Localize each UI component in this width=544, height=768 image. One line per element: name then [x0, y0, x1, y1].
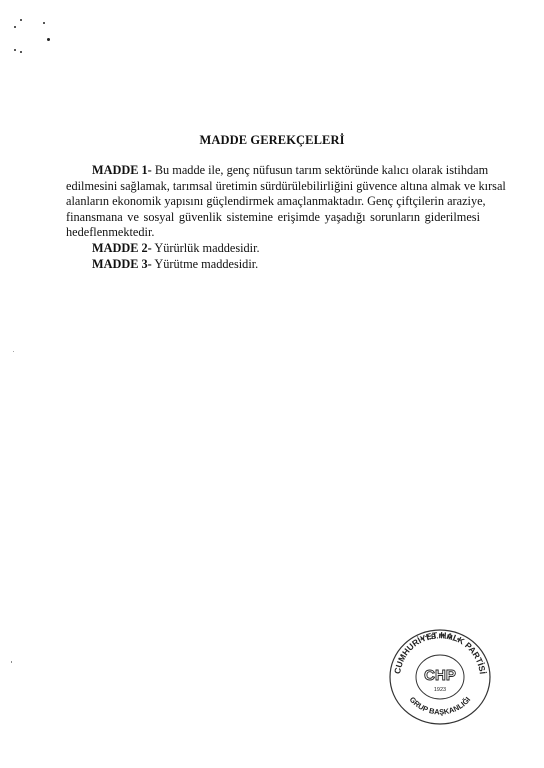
- document-page: MADDE GEREKÇELERİ MADDE 1- Bu madde ile,…: [0, 0, 544, 768]
- svg-text:GRUP BAŞKANLIĞI: GRUP BAŞKANLIĞI: [408, 695, 473, 717]
- seal-bottom-text: GRUP BAŞKANLIĞI: [408, 695, 473, 717]
- article-1-line: alanların ekonomik yapısını güçlendirmek…: [66, 194, 480, 210]
- article-1-line: hedeflenmektedir.: [66, 225, 480, 241]
- scan-speck: [14, 49, 16, 51]
- scan-speck: [13, 351, 14, 352]
- scan-speck: [43, 22, 45, 24]
- article-2-label: MADDE 2-: [92, 241, 152, 255]
- article-3-text: Yürütme maddesidir.: [152, 257, 258, 271]
- article-1-line: MADDE 1- Bu madde ile, genç nüfusun tarı…: [66, 163, 480, 179]
- article-2-text: Yürürlük maddesidir.: [152, 241, 260, 255]
- article-3: MADDE 3- Yürütme maddesidir.: [66, 257, 480, 273]
- scan-speck: [20, 51, 22, 53]
- scan-speck: [11, 661, 12, 663]
- document-title: MADDE GEREKÇELERİ: [0, 133, 544, 148]
- party-seal-stamp: * T.B.M.M. * CUMHURİYET HALK PARTİSİ GRU…: [384, 624, 496, 728]
- scan-speck: [47, 38, 50, 41]
- article-1-line: edilmesini sağlamak, tarımsal üretimin s…: [66, 179, 480, 195]
- article-1-line: finansmana ve sosyal güvenlik sistemine …: [66, 210, 480, 226]
- article-1-label: MADDE 1-: [92, 163, 152, 177]
- article-2: MADDE 2- Yürürlük maddesidir.: [66, 241, 480, 257]
- scan-speck: [20, 19, 22, 21]
- seal-logo: CHP: [424, 667, 456, 684]
- article-3-label: MADDE 3-: [92, 257, 152, 271]
- scan-speck: [14, 26, 16, 28]
- document-body: MADDE 1- Bu madde ile, genç nüfusun tarı…: [66, 163, 480, 272]
- article-1: MADDE 1- Bu madde ile, genç nüfusun tarı…: [66, 163, 480, 241]
- seal-year: 1923: [434, 687, 446, 693]
